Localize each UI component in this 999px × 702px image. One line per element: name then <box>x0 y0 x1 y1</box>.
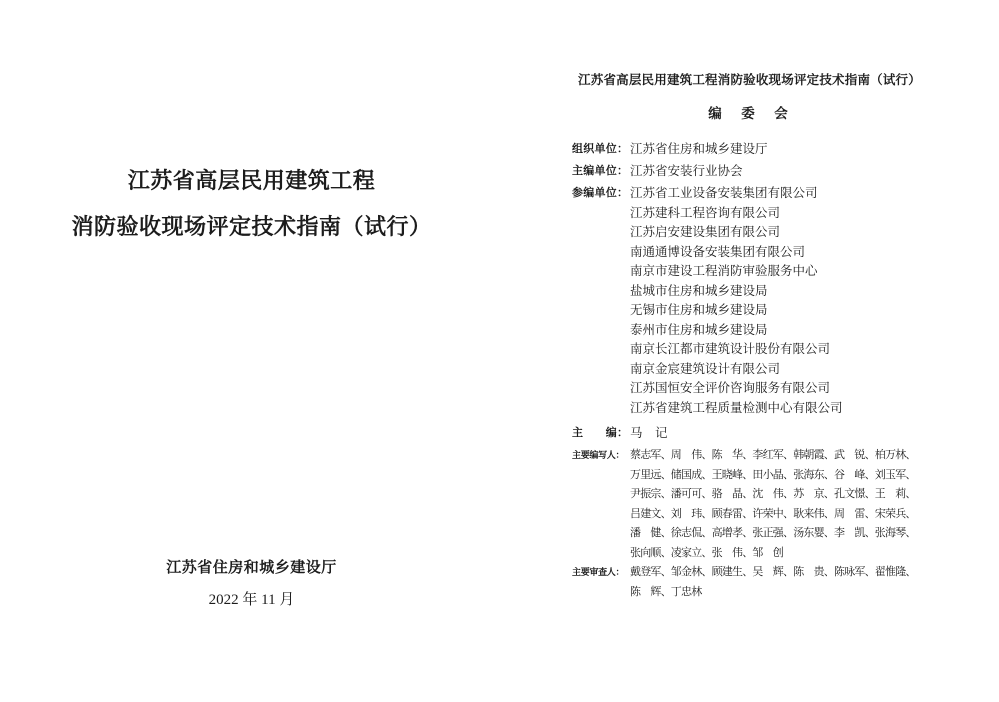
section-line: 万里远、储国成、王晓峰、田小晶、张海东、谷 峰、刘玉军、 <box>630 466 982 486</box>
section-label: 主要编写人： <box>572 446 628 466</box>
cover-title-line2: 消防验收现场评定技术指南（试行） <box>0 204 503 250</box>
committee-section: 主要编写人： 蔡志军、周 伟、陈 华、李红军、韩朝霞、武 锐、柏万林、万里远、储… <box>572 446 982 563</box>
section-line: 江苏省建筑工程质量检测中心有限公司 <box>630 399 982 419</box>
section-line: 无锡市住房和城乡建设局 <box>630 301 982 321</box>
cover-date: 2022 年 11 月 <box>0 588 503 609</box>
section-line: 泰州市住房和城乡建设局 <box>630 321 982 341</box>
section-line: 江苏省安装行业协会 <box>630 162 982 182</box>
cover-title: 江苏省高层民用建筑工程 消防验收现场评定技术指南（试行） <box>0 158 503 250</box>
section-lines: 马 记 <box>628 424 982 444</box>
committee-sections: 组织单位： 江苏省住房和城乡建设厅 主编单位： 江苏省安装行业协会 参编单位： … <box>572 140 982 602</box>
section-lines: 江苏省工业设备安装集团有限公司江苏建科工程咨询有限公司江苏启安建设集团有限公司南… <box>628 184 982 418</box>
section-label: 主 编： <box>572 424 628 444</box>
section-line: 南京市建设工程消防审验服务中心 <box>630 262 982 282</box>
section-line: 江苏国恒安全评价咨询服务有限公司 <box>630 379 982 399</box>
section-lines: 江苏省住房和城乡建设厅 <box>628 140 982 160</box>
cover-publisher: 江苏省住房和城乡建设厅 <box>0 556 503 577</box>
committee-section: 组织单位： 江苏省住房和城乡建设厅 <box>572 140 982 160</box>
section-line: 蔡志军、周 伟、陈 华、李红军、韩朝霞、武 锐、柏万林、 <box>630 446 982 466</box>
section-label: 组织单位： <box>572 140 628 160</box>
section-label: 参编单位： <box>572 184 628 204</box>
committee-section: 主 编： 马 记 <box>572 424 982 444</box>
section-line: 江苏启安建设集团有限公司 <box>630 223 982 243</box>
section-line: 吕建文、刘 玮、顾春雷、许荣中、耿来伟、周 雷、宋荣兵、 <box>630 505 982 525</box>
section-line: 南通通博设备安装集团有限公司 <box>630 243 982 263</box>
section-line: 盐城市住房和城乡建设局 <box>630 282 982 302</box>
section-line: 尹振宗、潘可可、骆 晶、沈 伟、苏 京、孔文憬、王 莉、 <box>630 485 982 505</box>
section-line: 南京金宸建筑设计有限公司 <box>630 360 982 380</box>
section-line: 江苏省工业设备安装集团有限公司 <box>630 184 982 204</box>
cover-title-line1: 江苏省高层民用建筑工程 <box>0 158 503 204</box>
committee-section: 主要审查人： 戴登军、邹金林、顾建生、吴 辉、陈 贵、陈咏军、翟惟隆、陈 辉、丁… <box>572 563 982 602</box>
committee-section: 参编单位： 江苏省工业设备安装集团有限公司江苏建科工程咨询有限公司江苏启安建设集… <box>572 184 982 418</box>
committee-section: 主编单位： 江苏省安装行业协会 <box>572 162 982 182</box>
section-line: 马 记 <box>630 424 982 444</box>
section-lines: 戴登军、邹金林、顾建生、吴 辉、陈 贵、陈咏军、翟惟隆、陈 辉、丁忠林 <box>628 563 982 602</box>
section-label: 主编单位： <box>572 162 628 182</box>
section-line: 陈 辉、丁忠林 <box>630 583 982 603</box>
section-line: 张向顺、凌家立、张 伟、邹 创 <box>630 544 982 564</box>
section-line: 江苏建科工程咨询有限公司 <box>630 204 982 224</box>
section-lines: 蔡志军、周 伟、陈 华、李红军、韩朝霞、武 锐、柏万林、万里远、储国成、王晓峰、… <box>628 446 982 563</box>
document-spread: 江苏省高层民用建筑工程 消防验收现场评定技术指南（试行） 江苏省住房和城乡建设厅… <box>0 0 999 702</box>
section-label: 主要审查人： <box>572 563 628 583</box>
committee-page-header-title: 江苏省高层民用建筑工程消防验收现场评定技术指南（试行） <box>500 70 999 88</box>
section-lines: 江苏省安装行业协会 <box>628 162 982 182</box>
section-line: 江苏省住房和城乡建设厅 <box>630 140 982 160</box>
committee-title: 编 委 会 <box>500 102 999 122</box>
section-line: 戴登军、邹金林、顾建生、吴 辉、陈 贵、陈咏军、翟惟隆、 <box>630 563 982 583</box>
section-line: 潘 健、徐志侃、高增孝、张正强、汤东婴、李 凯、张海琴、 <box>630 524 982 544</box>
section-line: 南京长江都市建筑设计股份有限公司 <box>630 340 982 360</box>
